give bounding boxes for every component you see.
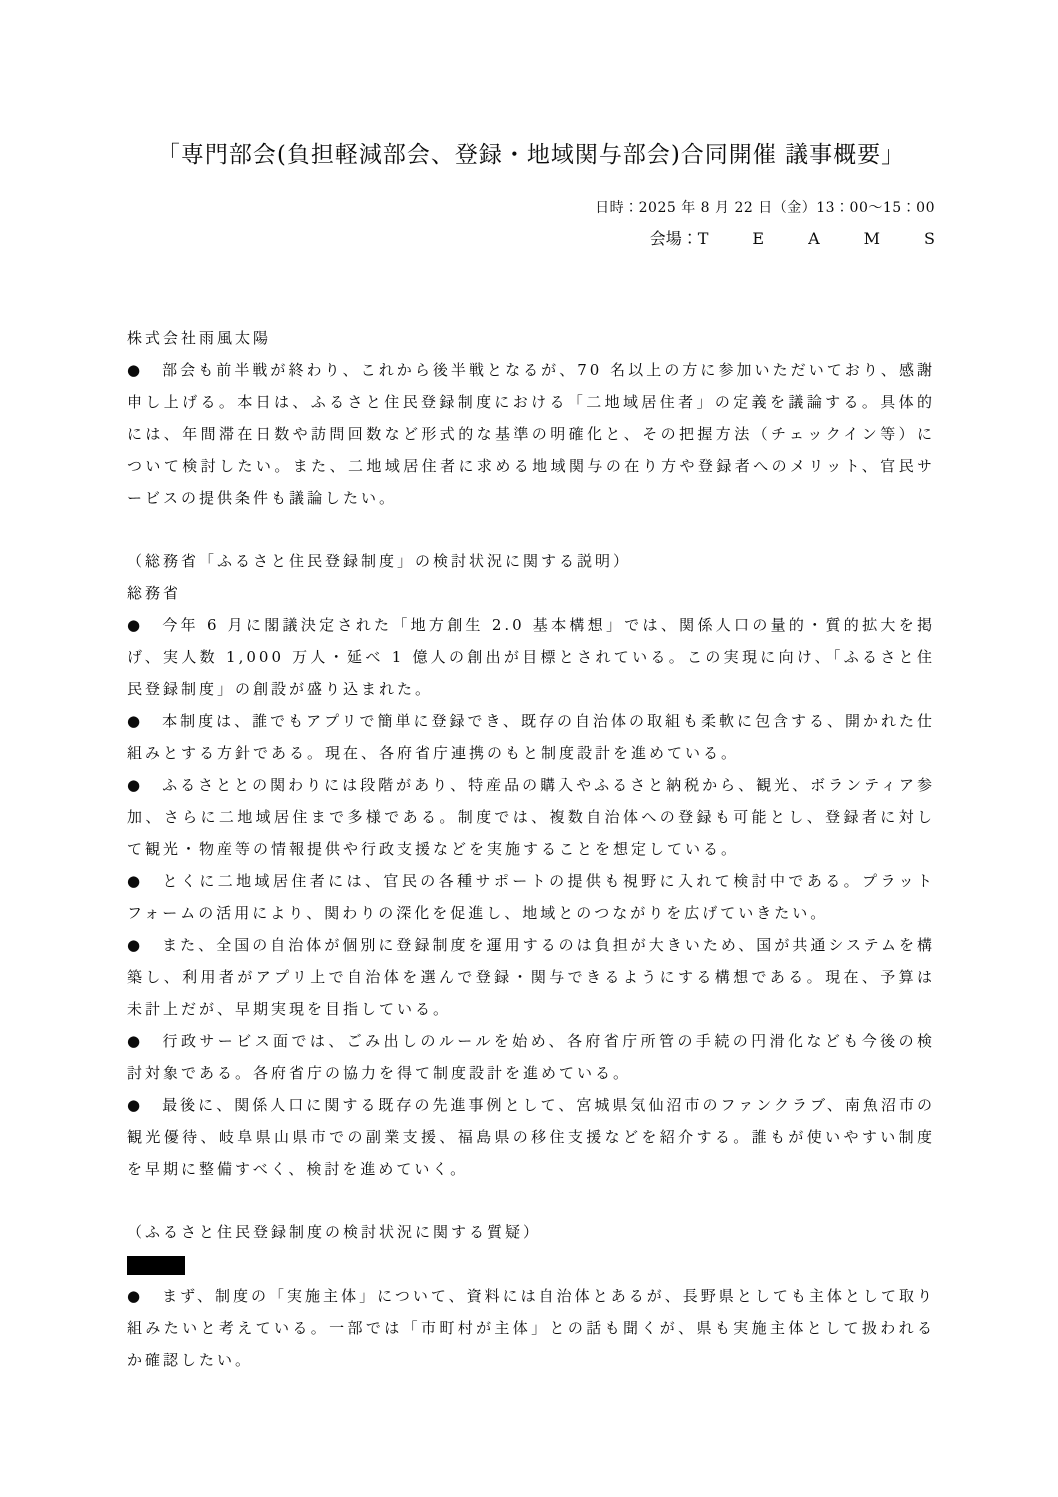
bullet-icon: ●: [127, 936, 143, 954]
bullet-item: ●部会も前半戦が終わり、これから後半戦となるが、70 名以上の方に参加いただいて…: [127, 354, 935, 514]
bullet-text: まず、制度の「実施主体」について、資料には自治体とあるが、長野県としても主体とし…: [127, 1287, 935, 1369]
bullet-text: また、全国の自治体が個別に登録制度を運用するのは負担が大きいため、国が共通システ…: [127, 936, 935, 1018]
bullet-icon: ●: [127, 616, 143, 634]
bullet-item: ●まず、制度の「実施主体」について、資料には自治体とあるが、長野県としても主体と…: [127, 1280, 935, 1376]
bullet-icon: ●: [127, 712, 143, 730]
bullet-icon: ●: [127, 361, 143, 379]
section-heading: （総務省「ふるさと住民登録制度」の検討状況に関する説明）: [127, 545, 935, 577]
bullet-icon: ●: [127, 1287, 143, 1305]
bullet-item: ●行政サービス面では、ごみ出しのルールを始め、各府省庁所管の手続の円滑化なども今…: [127, 1025, 935, 1089]
bullet-text: 行政サービス面では、ごみ出しのルールを始め、各府省庁所管の手続の円滑化なども今後…: [127, 1032, 935, 1082]
document-title: 「専門部会(負担軽減部会、登録・地域関与部会)合同開催 議事概要」: [127, 0, 935, 171]
meeting-datetime: 日時：2025 年 8 月 22 日（金）13：00～15：00: [127, 197, 935, 219]
bullet-item: ●とくに二地域居住者には、官民の各種サポートの提供も視野に入れて検討中である。プ…: [127, 865, 935, 929]
meeting-meta: 日時：2025 年 8 月 22 日（金）13：00～15：00 会場：TEAM…: [127, 197, 935, 252]
bullet-text: ふるさととの関わりには段階があり、特産品の購入やふるさと納税から、観光、ボランテ…: [127, 776, 935, 858]
speaker-name: 株式会社雨風太陽: [127, 322, 935, 354]
redacted-speaker-line: [127, 1248, 935, 1280]
venue-value: TEAMS: [698, 229, 979, 248]
bullet-icon: ●: [127, 1032, 144, 1050]
bullet-icon: ●: [127, 1096, 143, 1114]
bullet-item: ●今年 6 月に閣議決定された「地方創生 2.0 基本構想」では、関係人口の量的…: [127, 609, 935, 705]
section-somusho-setsumei: （総務省「ふるさと住民登録制度」の検討状況に関する説明） 総務省 ●今年 6 月…: [127, 545, 935, 1185]
speaker-name: 総務省: [127, 577, 935, 609]
document-page: 「専門部会(負担軽減部会、登録・地域関与部会)合同開催 議事概要」 日時：202…: [0, 0, 1058, 1497]
venue-label: 会場：: [650, 229, 698, 248]
bullet-text: 本制度は、誰でもアプリで簡単に登録でき、既存の自治体の取組も柔軟に包含する、開か…: [127, 712, 935, 762]
bullet-item: ●ふるさととの関わりには段階があり、特産品の購入やふるさと納税から、観光、ボラン…: [127, 769, 935, 865]
section-heading: （ふるさと住民登録制度の検討状況に関する質疑）: [127, 1216, 935, 1248]
bullet-item: ●最後に、関係人口に関する既存の先進事例として、宮城県気仙沼市のファンクラブ、南…: [127, 1089, 935, 1185]
bullet-text: とくに二地域居住者には、官民の各種サポートの提供も視野に入れて検討中である。プラ…: [127, 872, 935, 922]
bullet-item: ●本制度は、誰でもアプリで簡単に登録でき、既存の自治体の取組も柔軟に包含する、開…: [127, 705, 935, 769]
bullet-item: ●また、全国の自治体が個別に登録制度を運用するのは負担が大きいため、国が共通シス…: [127, 929, 935, 1025]
meeting-venue: 会場：TEAMS: [127, 226, 935, 252]
bullet-text: 今年 6 月に閣議決定された「地方創生 2.0 基本構想」では、関係人口の量的・…: [127, 616, 935, 698]
section-shitsugi: （ふるさと住民登録制度の検討状況に関する質疑） ●まず、制度の「実施主体」につい…: [127, 1216, 935, 1376]
bullet-icon: ●: [127, 872, 144, 890]
bullet-icon: ●: [127, 776, 143, 794]
bullet-text: 部会も前半戦が終わり、これから後半戦となるが、70 名以上の方に参加いただいてお…: [127, 361, 935, 507]
redacted-speaker-name: [127, 1256, 185, 1275]
bullet-text: 最後に、関係人口に関する既存の先進事例として、宮城県気仙沼市のファンクラブ、南魚…: [127, 1096, 935, 1178]
section-amekaze-taiyo: 株式会社雨風太陽 ●部会も前半戦が終わり、これから後半戦となるが、70 名以上の…: [127, 322, 935, 514]
